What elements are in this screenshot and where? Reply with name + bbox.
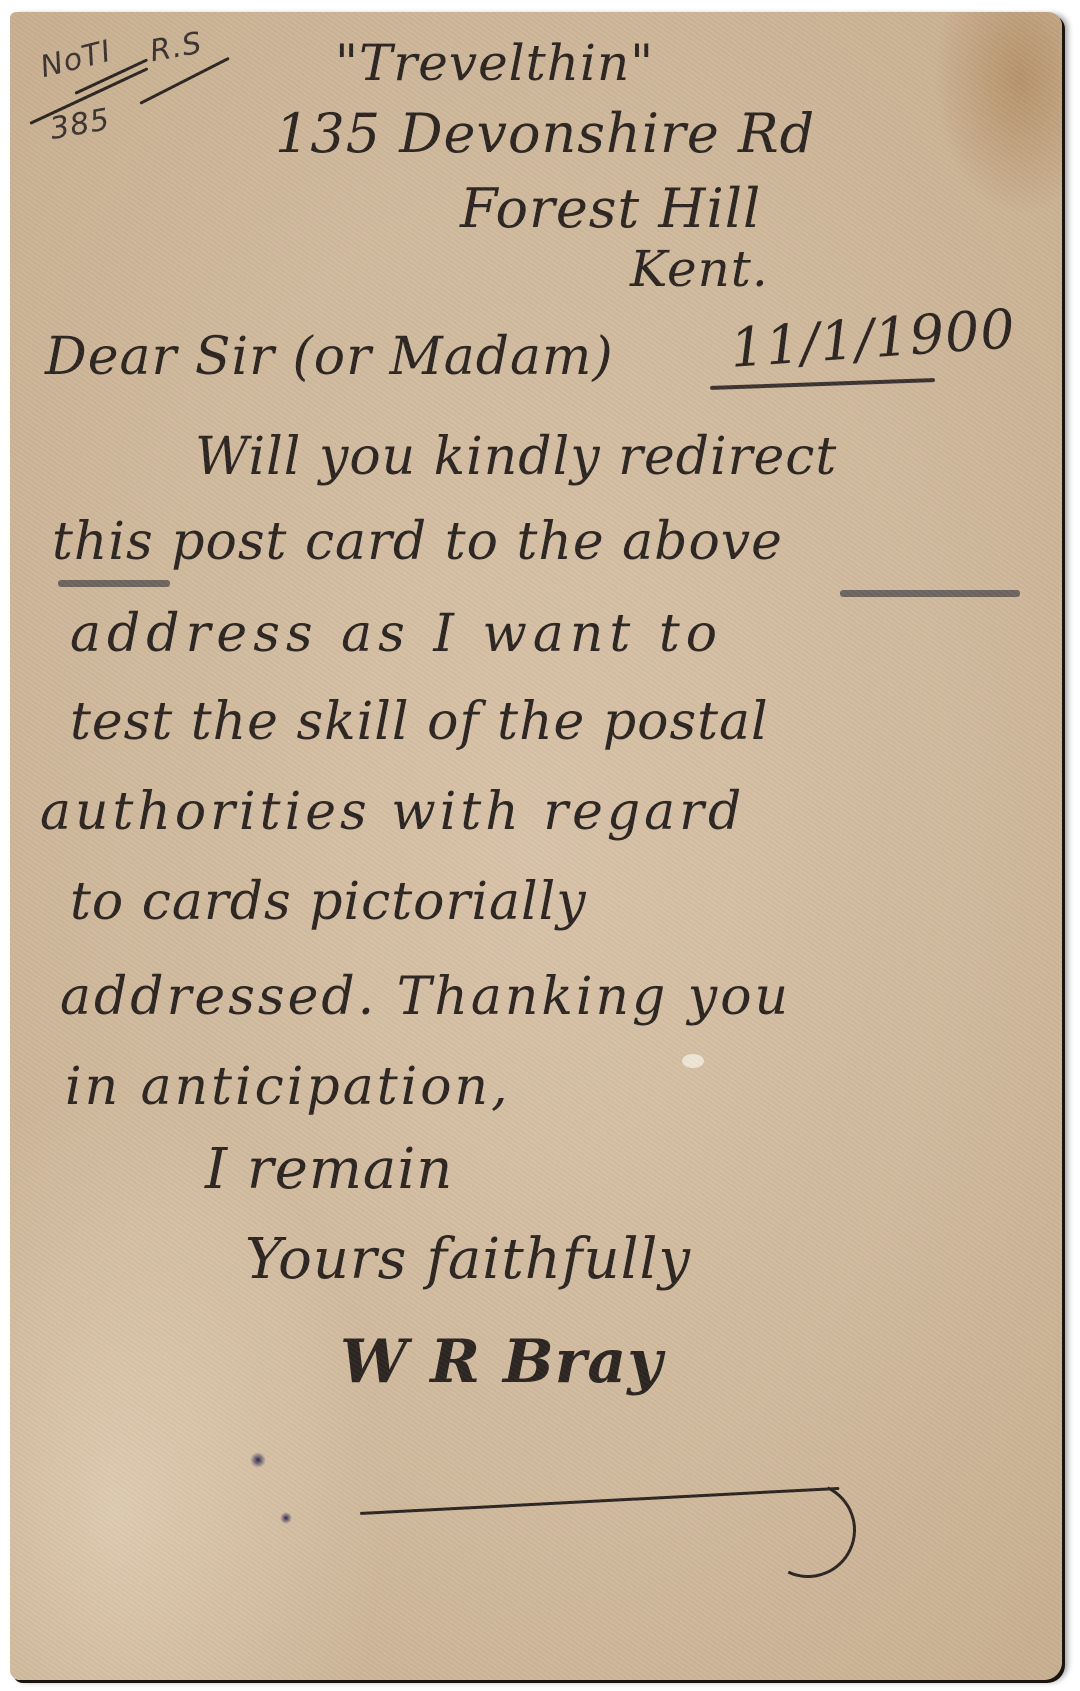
closing-line-1: I remain <box>205 1137 453 1202</box>
body-line-8: in anticipation, <box>65 1057 511 1117</box>
body-line-3: address as I want to <box>70 604 723 664</box>
reference-initials: R.S <box>147 26 205 70</box>
ink-speck <box>280 1512 292 1524</box>
body-line-7: addressed. Thanking you <box>60 967 791 1027</box>
body-line-1: Will you kindly redirect <box>195 427 837 487</box>
address-street: 135 Devonshire Rd <box>275 102 815 165</box>
address-county: Kent. <box>630 240 769 298</box>
date-underline <box>710 378 935 390</box>
ink-blot <box>250 1452 266 1468</box>
signature-flourish-loop <box>746 1468 869 1591</box>
body-line-4: test the skill of the postal <box>70 692 769 752</box>
body-line-5: authorities with regard <box>40 782 745 842</box>
underline-this <box>58 580 170 587</box>
body-line-6: to cards pictorially <box>70 872 587 932</box>
salutation: Dear Sir (or Madam) <box>45 327 614 387</box>
underline-above <box>840 590 1020 597</box>
paper-hole <box>682 1054 704 1068</box>
body-line-2: this post card to the above <box>52 512 783 572</box>
postcard: NoTI R.S 385 "Trevelthin" 135 Devonshire… <box>10 12 1062 1680</box>
signature: W R Bray <box>340 1327 663 1397</box>
address-house-name: "Trevelthin" <box>335 34 654 92</box>
letter-date: 11/1/1900 <box>728 297 1018 380</box>
address-district: Forest Hill <box>460 177 761 240</box>
closing-line-2: Yours faithfully <box>245 1227 691 1292</box>
